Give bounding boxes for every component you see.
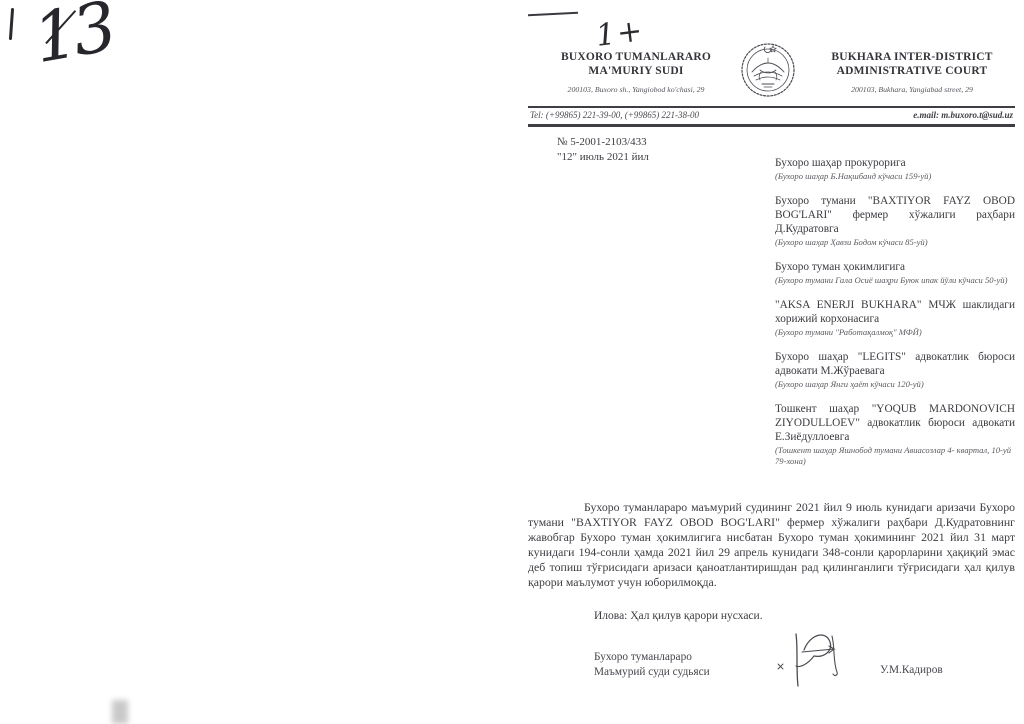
pen-tick-mark [9,8,14,40]
court-name-english-line2: ADMINISTRATIVE COURT [812,64,1012,78]
attachment-note: Илова: Ҳал қилув қарори нусхаси. [594,610,763,622]
signer-title-line2: Маъмурий суди судьяси [594,665,710,680]
signature-scribble [758,622,858,702]
court-address-english: 200103, Bukhara, Yangiabad street, 29 [812,85,1012,94]
uzbekistan-state-emblem-icon [738,40,798,100]
reference-block: № 5-2001-2103/433 "12" июль 2021 йил [557,135,649,164]
recipient-address: (Бухоро шаҳар Янги ҳаёт кўчаси 120-уй) [775,379,1015,390]
court-address-uzbek: 200103, Buxoro sh., Yangiobod ko'chasi, … [540,85,732,94]
signer-title: Бухоро туманлараро Маъмурий суди судьяси [594,650,710,679]
recipient-address: (Бухоро шаҳар Ҳавзи Бодом кўчаси 85-уй) [775,237,1015,248]
court-name-english-line1: BUKHARA INTER-DISTRICT [812,50,1012,64]
letter-date: "12" июль 2021 йил [557,150,649,165]
header-divider-bottom [528,124,1015,127]
recipient-item: "AKSA ENERJI BUKHARA" МЧЖ шаклидаги хори… [775,298,1015,338]
court-name-uzbek: BUXORO TUMANLARARO MA'MURIY SUDI 200103,… [540,50,732,94]
court-name-uzbek-line2: MA'MURIY SUDI [540,64,732,78]
court-name-english: BUKHARA INTER-DISTRICT ADMINISTRATIVE CO… [812,50,1012,94]
recipient-address: (Бухоро тумани Гала Осиё шаҳри Буюк ипак… [775,275,1015,286]
signer-name: У.М.Кадиров [880,664,943,676]
recipient-item: Бухоро шаҳар "LEGITS" адвокатлик бюроси … [775,350,1015,390]
recipient-address: (Тошкент шаҳар Яшнобод тумани Авиасозлар… [775,445,1015,467]
handwritten-page-number: 13 [28,0,119,79]
header-divider-top [528,106,1015,108]
signer-title-line1: Бухоро туманлараро [594,650,710,665]
recipient-name: Бухоро туман ҳокимлигига [775,260,1015,274]
recipient-name: Бухоро тумани "BAXTIYOR FAYZ OBOD BOG'LA… [775,194,1015,236]
outgoing-number: № 5-2001-2103/433 [557,135,649,150]
recipients-list: Бухоро шаҳар прокурорига (Бухоро шаҳар Б… [775,156,1015,479]
handwritten-annotation: 1+ [594,13,646,54]
court-name-uzbek-line1: BUXORO TUMANLARARO [540,50,732,64]
recipient-name: Тошкент шаҳар "YOQUB MARDONOVICH ZIYODUL… [775,402,1015,444]
recipient-name: Бухоро шаҳар прокурорига [775,156,1015,170]
recipient-name: "AKSA ENERJI BUKHARA" МЧЖ шаклидаги хори… [775,298,1015,326]
recipient-item: Бухоро тумани "BAXTIYOR FAYZ OBOD BOG'LA… [775,194,1015,248]
recipient-item: Тошкент шаҳар "YOQUB MARDONOVICH ZIYODUL… [775,402,1015,467]
recipient-item: Бухоро туман ҳокимлигига (Бухоро тумани … [775,260,1015,286]
scan-smudge [112,700,128,724]
email-address: e.mail: m.buxoro.t@sud.uz [530,110,1013,120]
recipient-name: Бухоро шаҳар "LEGITS" адвокатлик бюроси … [775,350,1015,378]
scanned-letter-page: { "marks": { "corner_number": "13", "top… [0,0,1024,724]
recipient-address: (Бухоро шаҳар Б.Нақшбанд кўчаси 159-уй) [775,171,1015,182]
pen-dash-mark [528,12,578,17]
recipient-address: (Бухоро тумани "Работақалмоқ" МФЙ) [775,327,1015,338]
recipient-item: Бухоро шаҳар прокурорига (Бухоро шаҳар Б… [775,156,1015,182]
letter-body-paragraph: Бухоро туманлараро маъмурий судининг 202… [528,500,1015,590]
